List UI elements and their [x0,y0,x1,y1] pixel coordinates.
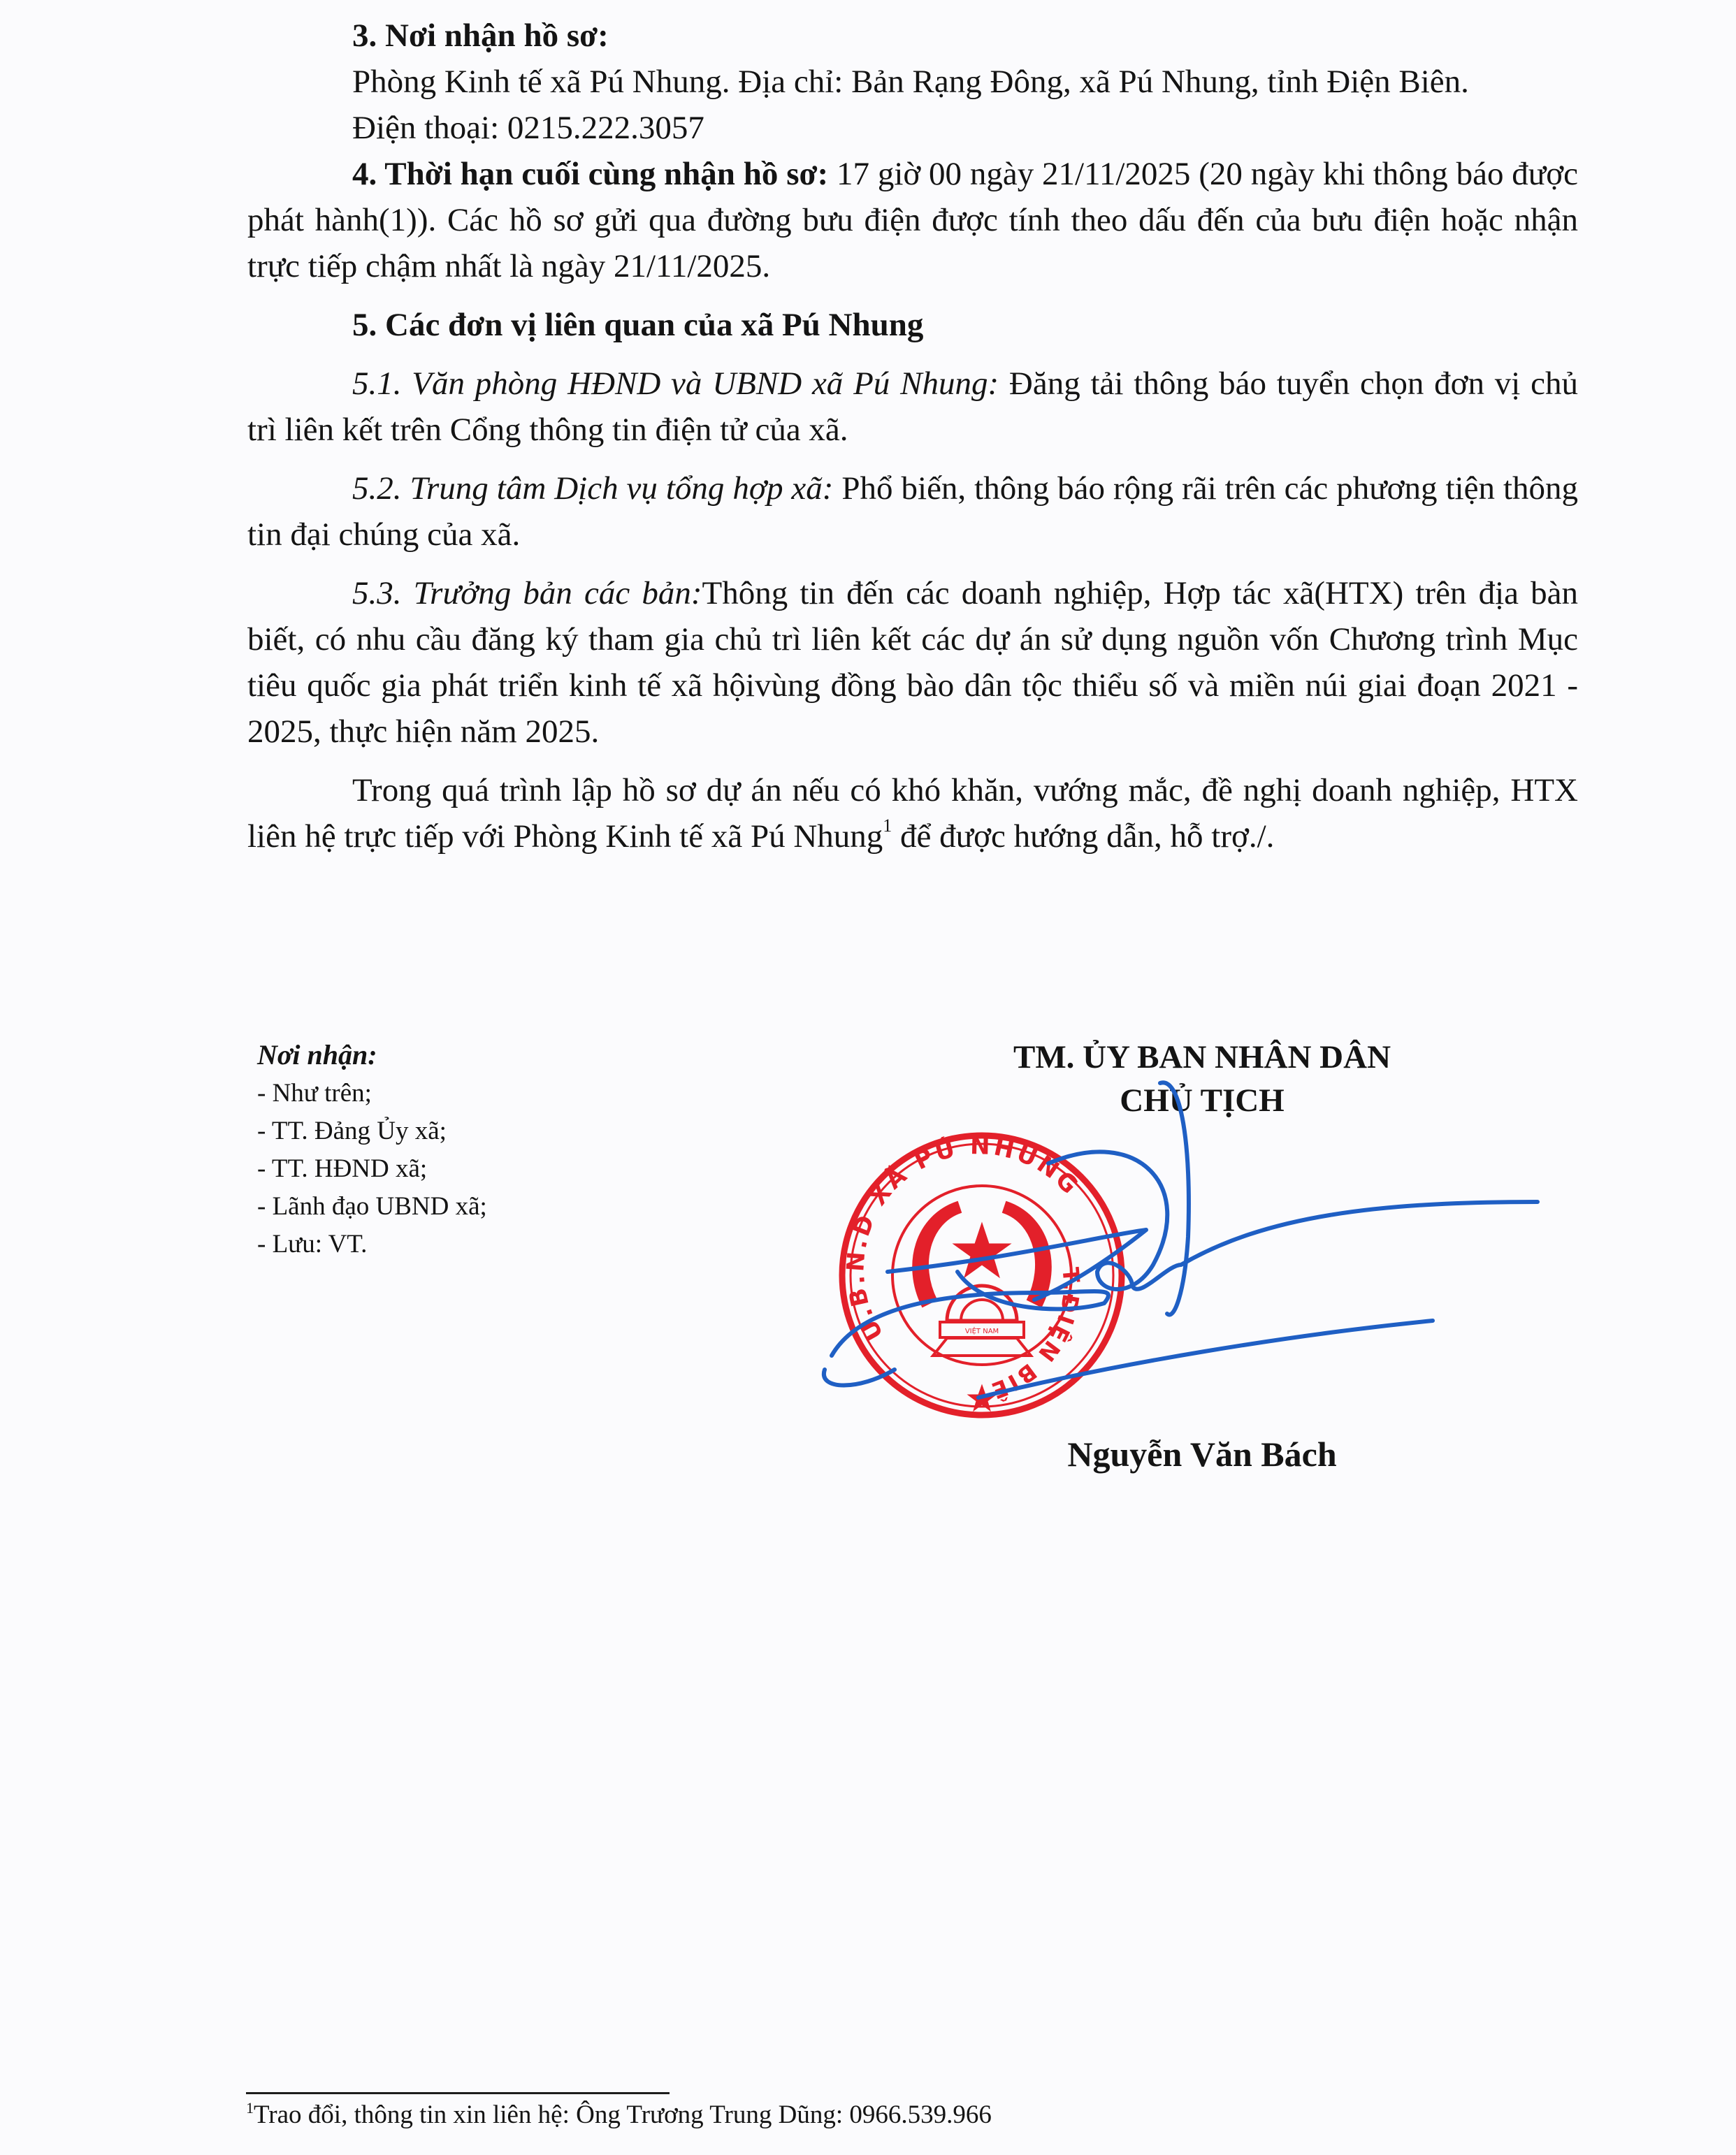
section-5-heading: 5. Các đơn vị liên quan của xã Pú Nhung [247,302,1578,348]
closing-paragraph: Trong quá trình lập hồ sơ dự án nếu có k… [247,767,1578,859]
recipient-item: - Như trên; [257,1075,746,1112]
recipient-item: - Lưu: VT. [257,1226,746,1263]
footnote-text: Trao đổi, thông tin xin liên hệ: Ông Trư… [254,2100,992,2129]
section-4: 4. Thời hạn cuối cùng nhận hồ sơ: 17 giờ… [247,151,1578,289]
footnote-separator [246,2092,670,2094]
recipients-block: Nơi nhận: - Như trên; - TT. Đảng Ủy xã; … [257,1036,746,1263]
recipient-item: - Lãnh đạo UBND xã; [257,1188,746,1226]
recipients-list: - Như trên; - TT. Đảng Ủy xã; - TT. HĐND… [257,1075,746,1263]
section-3-address: Phòng Kinh tế xã Pú Nhung. Địa chỉ: Bản … [247,59,1578,105]
emblem-label: VIỆT NAM [965,1326,999,1335]
document-page: 3. Nơi nhận hồ sơ: Phòng Kinh tế xã Pú N… [0,0,1736,2155]
signer-organization: TM. ỦY BAN NHÂN DÂN [909,1036,1496,1079]
section-4-heading: 4. Thời hạn cuối cùng nhận hồ sơ: [352,156,828,192]
recipient-item: - TT. HĐND xã; [257,1150,746,1188]
signature-heading: TM. ỦY BAN NHÂN DÂN CHỦ TỊCH [909,1036,1496,1122]
recipient-item: - TT. Đảng Ủy xã; [257,1112,746,1150]
section-5-1: 5.1. Văn phòng HĐND và UBND xã Pú Nhung:… [247,361,1578,453]
footnote-reference[interactable]: 1 [883,815,892,836]
signer-title: CHỦ TỊCH [909,1079,1496,1122]
official-seal-icon: U.B.N.D XÃ PÚ NHUNG T.ĐIỆN BIÊN VIỆT NAM [818,1125,1146,1418]
footnote: 1Trao đổi, thông tin xin liên hệ: Ông Tr… [246,2099,1504,2131]
section-5-2-label: 5.2. Trung tâm Dịch vụ tổng hợp xã: [352,470,833,507]
section-5-1-label: 5.1. Văn phòng HĐND và UBND xã Pú Nhung: [352,365,999,402]
footnote-number: 1 [246,2099,254,2117]
section-5-2: 5.2. Trung tâm Dịch vụ tổng hợp xã: Phổ … [247,465,1578,558]
section-5-3-label: 5.3. Trưởng bản các bản: [352,575,702,611]
document-body: 3. Nơi nhận hồ sơ: Phòng Kinh tế xã Pú N… [247,13,1578,859]
section-5-3: 5.3. Trưởng bản các bản:Thông tin đến cá… [247,570,1578,755]
section-3-phone: Điện thoại: 0215.222.3057 [247,105,1578,151]
signer-name: Nguyễn Văn Bách [909,1430,1496,1479]
recipients-title: Nơi nhận: [257,1036,746,1075]
section-3-heading: 3. Nơi nhận hồ sơ: [247,13,1578,59]
